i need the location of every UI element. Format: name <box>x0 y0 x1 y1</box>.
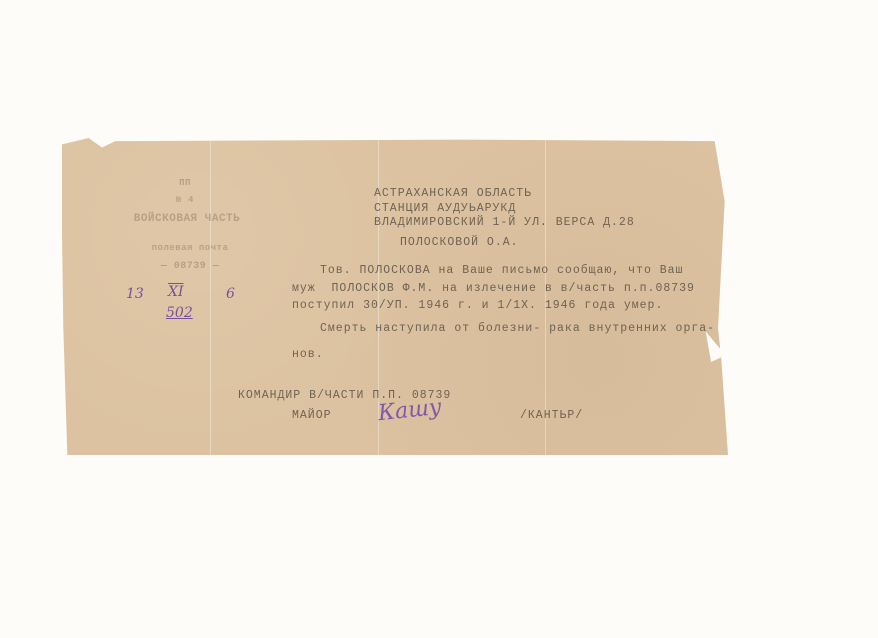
stamp-date-year: 6 <box>226 286 235 302</box>
stamp-line4: полевая почта <box>130 243 250 253</box>
address-line3: ВЛАДИМИРОВСКИЙ 1-Й УЛ. ВЕРСА Д.28 <box>374 216 635 229</box>
body-line5: нов. <box>292 348 324 361</box>
signature-name: /КАНТЬР/ <box>520 409 583 422</box>
stamp-line5: — 08739 — <box>130 261 250 272</box>
address-line2: СТАНЦИЯ АУДУЬАРУКД <box>374 202 516 215</box>
body-line4: Смерть наступила от болезни- рака внутре… <box>320 322 715 335</box>
recipient: ПОЛОСКОВОЙ О.А. <box>400 236 519 249</box>
stamp-line3: ВОЙСКОВАЯ ЧАСТЬ <box>112 213 262 225</box>
stamp-line1: ПП <box>130 178 240 188</box>
body-line1: Тов. ПОЛОСКОВА на Ваше письмо сообщаю, ч… <box>320 264 683 277</box>
stamp-number: 502 <box>166 305 193 321</box>
fold-line <box>545 138 546 455</box>
address-line1: АСТРАХАНСКАЯ ОБЛАСТЬ <box>374 187 532 200</box>
body-line3: поступил 30/УП. 1946 г. и 1/1Х. 1946 год… <box>292 299 663 312</box>
stamp-line2: № 4 <box>130 195 240 205</box>
stamp-date-month: XI <box>168 284 184 300</box>
signature-rank: МАЙОР <box>292 409 332 422</box>
stamp-date-day: 13 <box>126 286 144 302</box>
body-line2: муж ПОЛОСКОВ Ф.М. на излечение в в/часть… <box>292 282 695 295</box>
